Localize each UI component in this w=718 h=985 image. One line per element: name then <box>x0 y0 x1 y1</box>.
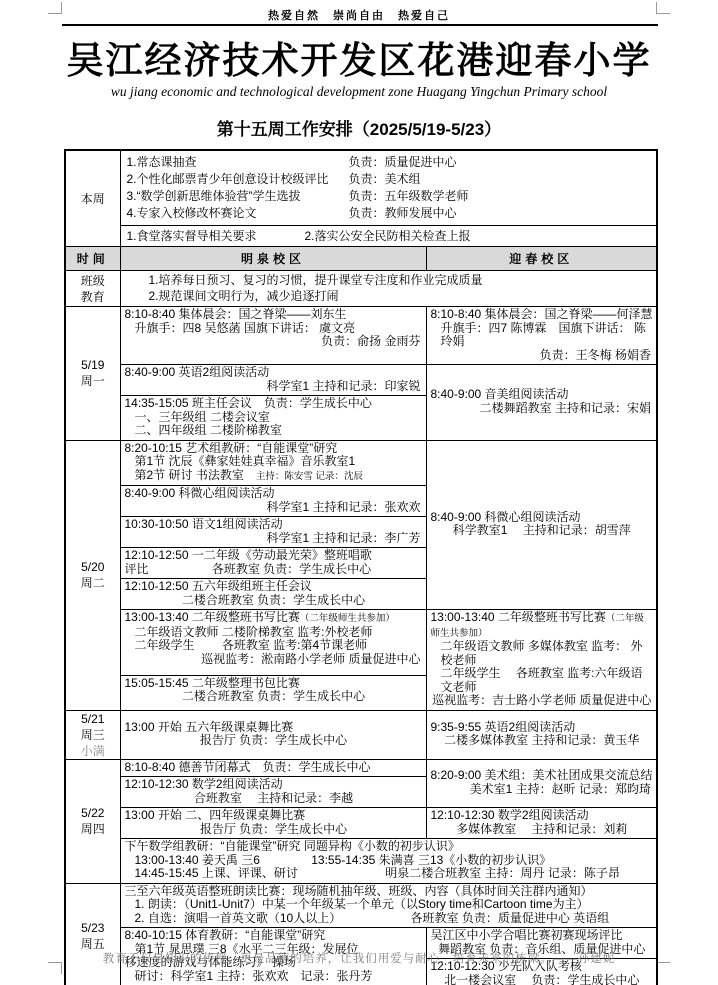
schedule-line: 美术室1 主持：赵昕 记录：郑昀琦 <box>431 783 654 797</box>
day-label: 5/20周二 <box>65 440 120 710</box>
schedule-line: 二楼合班教室 负责：学生成长中心 <box>125 594 423 608</box>
schedule-line: 合班教室 主持和记录：李越 <box>125 792 423 806</box>
week-extra-cell: 1.食堂落实督导相关要求 2.落实公安全民防相关检查上报 <box>120 226 657 247</box>
column-header-mingquan-campus: 明泉校区 <box>120 247 426 271</box>
schedule-line: 13:00 开始 二、四年级课桌舞比赛 <box>125 809 423 823</box>
week-extra-left: 1.食堂落实督导相关要求 <box>127 228 305 244</box>
class-education-item: 2.规范课间文明行为，减少追逐打闹 <box>149 289 653 305</box>
schedule-line: 二年级学生 各班教室 监考:第4节课老师 <box>125 639 423 653</box>
schedule-cell: 8:40-9:00 科微心组阅读活动科学室1 主持和记录：张欢欢 <box>120 486 426 517</box>
schedule-line: 科学教室1 主持和记录：胡雪萍 <box>431 524 654 538</box>
schedule-line: 12:10-12:50 一二年级《劳动最光荣》整班唱歌 <box>125 549 423 563</box>
schedule-row: 8:40-9:00 英语2组阅读活动科学室1 主持和记录：印家锐8:40-9:0… <box>65 365 657 396</box>
column-header-row: 时间 明泉校区 迎春校区 <box>65 247 657 271</box>
schedule-line: 13:00-13:40 二年级整班书写比赛（二年级师生共参加） <box>431 611 654 640</box>
schedule-line: 第1节 沈辰《彝家娃娃真幸福》音乐教室1 <box>125 455 423 469</box>
schedule-cell: 8:20-10:15 艺术组教研：“自能课堂”研究第1节 沈辰《彝家娃娃真幸福》… <box>120 440 426 486</box>
schedule-line: 研讨：科学室1 主持：张欢欢 记录：张丹芳 <box>125 970 423 984</box>
day-label-weekday: 周四 <box>66 821 120 837</box>
schedule-line: 8:40-10:15 体育教研：“自能课堂”研究 <box>125 929 423 943</box>
schedule-cell: 12:10-12:30 数学2组阅读活动合班教室 主持和记录：李越 <box>120 777 426 808</box>
schedule-line: 13:00 开始 五六年级课桌舞比赛 <box>125 721 423 735</box>
schedule-line: 12:10-12:30 数学2组阅读活动 <box>125 778 423 792</box>
class-education-label-line: 教育 <box>66 289 120 305</box>
column-header-yingchun-campus: 迎春校区 <box>426 247 657 271</box>
schedule-line-segment: 主持：陈安雪 记录：沈辰 <box>256 471 363 482</box>
schedule-line: 报告厅 负责：学生成长中心 <box>125 823 423 837</box>
day-label: 5/21周三小满 <box>65 710 120 759</box>
week-item-owner: 负责：美术组 <box>349 171 653 188</box>
week-item-task: 2.个性化邮票青少年创意设计校级评比 <box>127 171 349 188</box>
schedule-cell: 12:10-12:50 五六年级组班主任会议二楼合班教室 负责：学生成长中心 <box>120 579 426 610</box>
schedule-row: 5/23周五三至六年级英语整班朗读比赛：现场随机抽年级、班级、内容（具体时间关注… <box>65 883 657 928</box>
schedule-cell: 8:40-9:00 英语2组阅读活动科学室1 主持和记录：印家锐 <box>120 365 426 396</box>
schedule-cell: 13:00-13:40 二年级整班书写比赛（二年级师生共参加）二年级语文教师 多… <box>426 610 657 711</box>
schedule-cell: 14:35-15:05 班主任会议 负责：学生成长中心一、三年级组 二楼会议室二… <box>120 396 426 441</box>
week-item-owner: 负责：五年级数学老师 <box>349 188 653 205</box>
schedule-line: 14:35-15:05 班主任会议 负责：学生成长中心 <box>125 397 423 411</box>
schedule-line: 8:10-8:40 德善节闭幕式 负责：学生成长中心 <box>125 761 423 775</box>
schedule-line: 科学室1 主持和记录：印家锐 <box>125 380 423 394</box>
schedule-line: 升旗手：四7 陈博霖 国旗下讲话： 陈玲娟 <box>431 322 654 349</box>
week-item-task: 1.常态课抽查 <box>127 154 349 171</box>
day-label-weekday: 周三 <box>66 727 120 743</box>
page-title: 第十五周工作安排（2025/5/19-5/23） <box>0 115 718 140</box>
class-education-item: 1.培养每日预习、复习的习惯，提升课堂专注度和作业完成质量 <box>149 273 653 289</box>
day-label-weekday: 周二 <box>66 575 120 591</box>
week-extra-row: 1.食堂落实督导相关要求 2.落实公安全民防相关检查上报 <box>65 226 657 247</box>
schedule-cell: 下午数学组教研：“自能课堂”研究 同题异构《小数的初步认识》13:00-13:4… <box>120 839 657 884</box>
week-item: 1.常态课抽查 负责：质量促进中心 <box>127 154 653 171</box>
week-item: 2.个性化邮票青少年创意设计校级评比 负责：美术组 <box>127 171 653 188</box>
schedule-line: 负责：俞扬 金雨芬 <box>125 335 423 349</box>
schedule-cell: 13:00 开始 五六年级课桌舞比赛报告厅 负责：学生成长中心 <box>120 710 426 759</box>
header-rule <box>62 24 658 26</box>
schedule-line: 8:20-10:15 艺术组教研：“自能课堂”研究 <box>125 442 423 456</box>
column-header-time: 时间 <box>65 247 120 271</box>
schedule-cell: 9:35-9:55 英语2组阅读活动二楼多媒体教室 主持和记录：黄玉华 <box>426 710 657 759</box>
schedule-line: 2. 自选：演唱一首英文歌（10人以上） 各班教室 负责：质量促进中心 英语组 <box>125 912 654 926</box>
schedule-line-segment: （二年级师生共参加） <box>300 613 395 624</box>
schedule-row: 下午数学组教研：“自能课堂”研究 同题异构《小数的初步认识》13:00-13:4… <box>65 839 657 884</box>
schedule-line-segment: 第2节 研讨 书法教室 <box>135 468 256 482</box>
school-name-english: wu jiang economic and technological deve… <box>0 84 718 100</box>
day-label-date: 5/22 <box>66 805 120 821</box>
schedule-line: 二年级语文教师 多媒体教室 监考： 外校老师 <box>431 640 654 667</box>
schedule-line: 下午数学组教研：“自能课堂”研究 同题异构《小数的初步认识》 <box>125 840 654 854</box>
schedule-line: 第2节 研讨 书法教室 主持：陈安雪 记录：沈辰 <box>125 469 423 484</box>
day-label-date: 5/19 <box>66 357 120 373</box>
week-extra: 1.食堂落实督导相关要求 2.落实公安全民防相关检查上报 <box>121 226 657 246</box>
schedule-line: 二、四年级组 二楼阶梯教室 <box>125 424 423 438</box>
schedule-line: 8:10-8:40 集体晨会：国之脊梁——何泽慧 <box>431 308 654 322</box>
schedule-cell: 三至六年级英语整班朗读比赛：现场随机抽年级、班级、内容（具体时间关注群内通知）1… <box>120 883 657 928</box>
day-label-date: 5/21 <box>66 711 120 727</box>
schedule-row: 5/21周三小满13:00 开始 五六年级课桌舞比赛报告厅 负责：学生成长中心9… <box>65 710 657 759</box>
schedule-line: 报告厅 负责：学生成长中心 <box>125 734 423 748</box>
schedule-row: 13:00 开始 二、四年级课桌舞比赛报告厅 负责：学生成长中心12:10-12… <box>65 808 657 839</box>
schedule-cell: 8:40-9:00 音美组阅读活动二楼舞蹈教室 主持和记录：宋娟 <box>426 365 657 441</box>
schedule-cell: 12:10-12:50 一二年级《劳动最光荣》整班唱歌评比 各班教室 负责：学生… <box>120 548 426 579</box>
footer-quote: 教育不仅是知识的传授，更是品德的培养，让我们用爱与耐心，培育未来的栋梁。——孙建… <box>0 950 718 966</box>
schedule-line: 巡视监考：淞南路小学老师 质量促进中心 <box>125 653 423 667</box>
week-item-task: 4.专家入校修改杯赛论文 <box>127 205 349 222</box>
schedule-line: 8:10-8:40 集体晨会：国之脊梁——刘东生 <box>125 308 423 322</box>
day-label-date: 5/20 <box>66 559 120 575</box>
schedule-cell: 13:00 开始 二、四年级课桌舞比赛报告厅 负责：学生成长中心 <box>120 808 426 839</box>
schedule-cell: 8:40-9:00 科微心组阅读活动科学教室1 主持和记录：胡雪萍 <box>426 440 657 610</box>
schedule-cell: 8:20-9:00 美术组：美术社团成果交流总结美术室1 主持：赵昕 记录：郑昀… <box>426 759 657 808</box>
schedule-line: 二楼舞蹈教室 主持和记录：宋娟 <box>431 402 654 416</box>
schedule-line: 二楼多媒体教室 主持和记录：黄玉华 <box>431 734 654 748</box>
schedule-cell: 10:30-10:50 语文1组阅读活动科学室1 主持和记录：李广芳 <box>120 517 426 548</box>
day-label: 5/23周五 <box>65 883 120 985</box>
week-item-owner: 负责：质量促进中心 <box>349 154 653 171</box>
schedule-row: 13:00-13:40 二年级整班书写比赛（二年级师生共参加）二年级语文教师 二… <box>65 610 657 676</box>
schedule-line: 8:40-9:00 音美组阅读活动 <box>431 388 654 402</box>
week-item-owner: 负责：教师发展中心 <box>349 205 653 222</box>
schedule-cell: 13:00-13:40 二年级整班书写比赛（二年级师生共参加）二年级语文教师 二… <box>120 610 426 676</box>
schedule-cell: 8:10-8:40 德善节闭幕式 负责：学生成长中心 <box>120 759 426 777</box>
week-extra-right: 2.落实公安全民防相关检查上报 <box>305 228 653 244</box>
schedule-line: 12:10-12:50 五六年级组班主任会议 <box>125 580 423 594</box>
document-page: 热爱自然 崇尚自由 热爱自己 吴江经济技术开发区花港迎春小学 wu jiang … <box>0 0 718 985</box>
day-label: 5/22周四 <box>65 759 120 883</box>
schedule-line-segment: 13:00-13:40 二年级整班书写比赛 <box>431 610 606 624</box>
schedule-line: 一、三年级组 二楼会议室 <box>125 411 423 425</box>
schedule-line: 科学室1 主持和记录：李广芳 <box>125 532 423 546</box>
schedule-line: 13:00-13:40 姜天禹 三6 13:55-14:35 朱满喜 三13《小… <box>125 854 654 868</box>
schedule-line: 巡视监考：吉士路小学老师 质量促进中心 <box>431 694 654 708</box>
school-name-chinese: 吴江经济技术开发区花港迎春小学 <box>0 30 718 84</box>
class-education-label-line: 班级 <box>66 273 120 289</box>
schedule-line: 8:40-9:00 科微心组阅读活动 <box>125 487 423 501</box>
week-item: 3.“数学创新思维体验营”学生选拔 负责：五年级数学老师 <box>127 188 653 205</box>
schedule-line-segment: 13:00-13:40 二年级整班书写比赛 <box>125 610 300 624</box>
schedule-line: 负责：王冬梅 杨娟香 <box>431 349 654 363</box>
schedule-line: 8:40-9:00 英语2组阅读活动 <box>125 366 423 380</box>
school-motto: 热爱自然 崇尚自由 热爱自己 <box>0 7 718 23</box>
schedule-line: 北一楼会议室 负责：学生成长中心 <box>431 974 654 985</box>
schedule-line: 13:00-13:40 二年级整班书写比赛（二年级师生共参加） <box>125 611 423 626</box>
day-label-note: 小满 <box>66 743 120 759</box>
schedule-line: 12:10-12:30 数学2组阅读活动 <box>431 809 654 823</box>
schedule-line: 1. 朗读：（Unit1-Unit7）中某一个年级某一个单元（以Story ti… <box>125 898 654 912</box>
week-item: 4.专家入校修改杯赛论文 负责：教师发展中心 <box>127 205 653 222</box>
schedule-cell: 8:10-8:40 集体晨会：国之脊梁——刘东生升旗手：四8 吴悠菡 国旗下讲话… <box>120 307 426 365</box>
schedule-line: 评比 各班教室 负责：学生成长中心 <box>125 563 423 577</box>
class-education-content: 1.培养每日预习、复习的习惯，提升课堂专注度和作业完成质量 2.规范课间文明行为… <box>120 271 657 307</box>
schedule-line: 三至六年级英语整班朗读比赛：现场随机抽年级、班级、内容（具体时间关注群内通知） <box>125 885 654 899</box>
schedule-line: 科学室1 主持和记录：张欢欢 <box>125 501 423 515</box>
schedule-line: 升旗手：四8 吴悠菡 国旗下讲话： 虞文亮 <box>125 322 423 336</box>
schedule-line: 二年级语文教师 二楼阶梯教室 监考:外校老师 <box>125 626 423 640</box>
week-item-task: 3.“数学创新思维体验营”学生选拔 <box>127 188 349 205</box>
schedule-line: 9:35-9:55 英语2组阅读活动 <box>431 721 654 735</box>
schedule-line: 8:20-9:00 美术组：美术社团成果交流总结 <box>431 769 654 783</box>
schedule-row: 5/22周四8:10-8:40 德善节闭幕式 负责：学生成长中心8:20-9:0… <box>65 759 657 777</box>
schedule-cell: 12:10-12:30 数学2组阅读活动多媒体教室 主持和记录：刘莉 <box>426 808 657 839</box>
day-label-date: 5/23 <box>66 920 120 936</box>
week-overview-label: 本周 <box>65 150 120 247</box>
week-overview-row: 本周 1.常态课抽查 负责：质量促进中心 2.个性化邮票青少年创意设计校级评比 … <box>65 150 657 226</box>
schedule-table: 本周 1.常态课抽查 负责：质量促进中心 2.个性化邮票青少年创意设计校级评比 … <box>64 149 658 985</box>
schedule-line: 二年级学生 各班教室 监考:六年级语文老师 <box>431 667 654 694</box>
schedule-line: 10:30-10:50 语文1组阅读活动 <box>125 518 423 532</box>
schedule-line: 多媒体教室 主持和记录：刘莉 <box>431 823 654 837</box>
week-overview-items: 1.常态课抽查 负责：质量促进中心 2.个性化邮票青少年创意设计校级评比 负责：… <box>120 150 657 226</box>
schedule-cell: 15:05-15:45 二年级整理书包比赛二楼合班教室 负责：学生成长中心 <box>120 675 426 710</box>
schedule-cell: 8:10-8:40 集体晨会：国之脊梁——何泽慧升旗手：四7 陈博霖 国旗下讲话… <box>426 307 657 365</box>
class-education-label: 班级 教育 <box>65 271 120 307</box>
class-education-row: 班级 教育 1.培养每日预习、复习的习惯，提升课堂专注度和作业完成质量 2.规范… <box>65 271 657 307</box>
schedule-line: 14:45-15:45 上课、评课、研讨 明泉二楼合班教室 主持：周丹 记录：陈… <box>125 867 654 881</box>
schedule-row: 5/19周一8:10-8:40 集体晨会：国之脊梁——刘东生升旗手：四8 吴悠菡… <box>65 307 657 365</box>
schedule-row: 5/20周二8:20-10:15 艺术组教研：“自能课堂”研究第1节 沈辰《彝家… <box>65 440 657 486</box>
schedule-line: 二楼合班教室 负责：学生成长中心 <box>125 690 423 704</box>
day-label-weekday: 周一 <box>66 373 120 389</box>
day-label: 5/19周一 <box>65 307 120 441</box>
schedule-line: 吴江区中小学合唱比赛初赛现场评比 <box>431 929 654 943</box>
